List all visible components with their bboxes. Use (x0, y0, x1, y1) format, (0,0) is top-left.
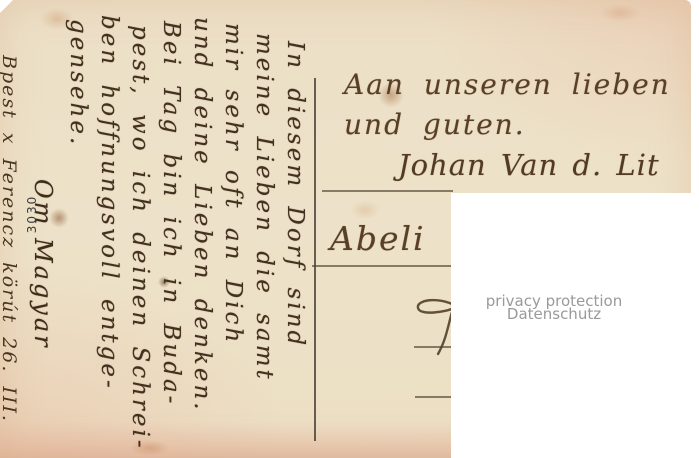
serial-number: 3030 (25, 192, 39, 236)
privacy-overlay-box: privacy protection Datenschutz (451, 193, 699, 458)
paper-stain (600, 4, 640, 22)
message-line: Bei Tag bin ich in Buda- (155, 21, 186, 449)
postcard-scan: In diesem Dorf sind meine Lieben die sam… (0, 0, 699, 458)
privacy-text-line-2: Datenschutz (451, 308, 657, 321)
message-address-divider-line (314, 78, 316, 441)
message-line: In diesem Dorf sind (279, 41, 310, 449)
greeting-line-2: und guten. (344, 108, 526, 141)
address-rule-3 (414, 346, 453, 348)
sender-address-line: Bpest x Ferencz körút 26. III. (0, 55, 22, 449)
address-rule-2 (312, 265, 453, 267)
paper-stain (350, 200, 380, 220)
privacy-overlay-text: privacy protection Datenschutz (451, 295, 657, 321)
message-block: In diesem Dorf sind meine Lieben die sam… (10, 9, 310, 449)
message-line: ben hoffnungsvoll entge- (93, 15, 124, 449)
message-line: pest, wo ich deinen Schrei- (124, 25, 155, 449)
message-line: meine Lieben die samt (248, 33, 279, 449)
addressee-name: Johan Van d. Lit (398, 148, 660, 182)
address-rule-4 (415, 396, 453, 398)
message-line: und deine Lieben denken. (186, 17, 217, 449)
greeting-line-1: Aan unseren lieben (344, 68, 671, 101)
message-line: gensehe. (62, 19, 93, 449)
message-line: mir sehr oft an Dich (217, 23, 248, 449)
address-rule-1 (322, 190, 453, 192)
partial-address-word: Abeli (330, 219, 426, 258)
